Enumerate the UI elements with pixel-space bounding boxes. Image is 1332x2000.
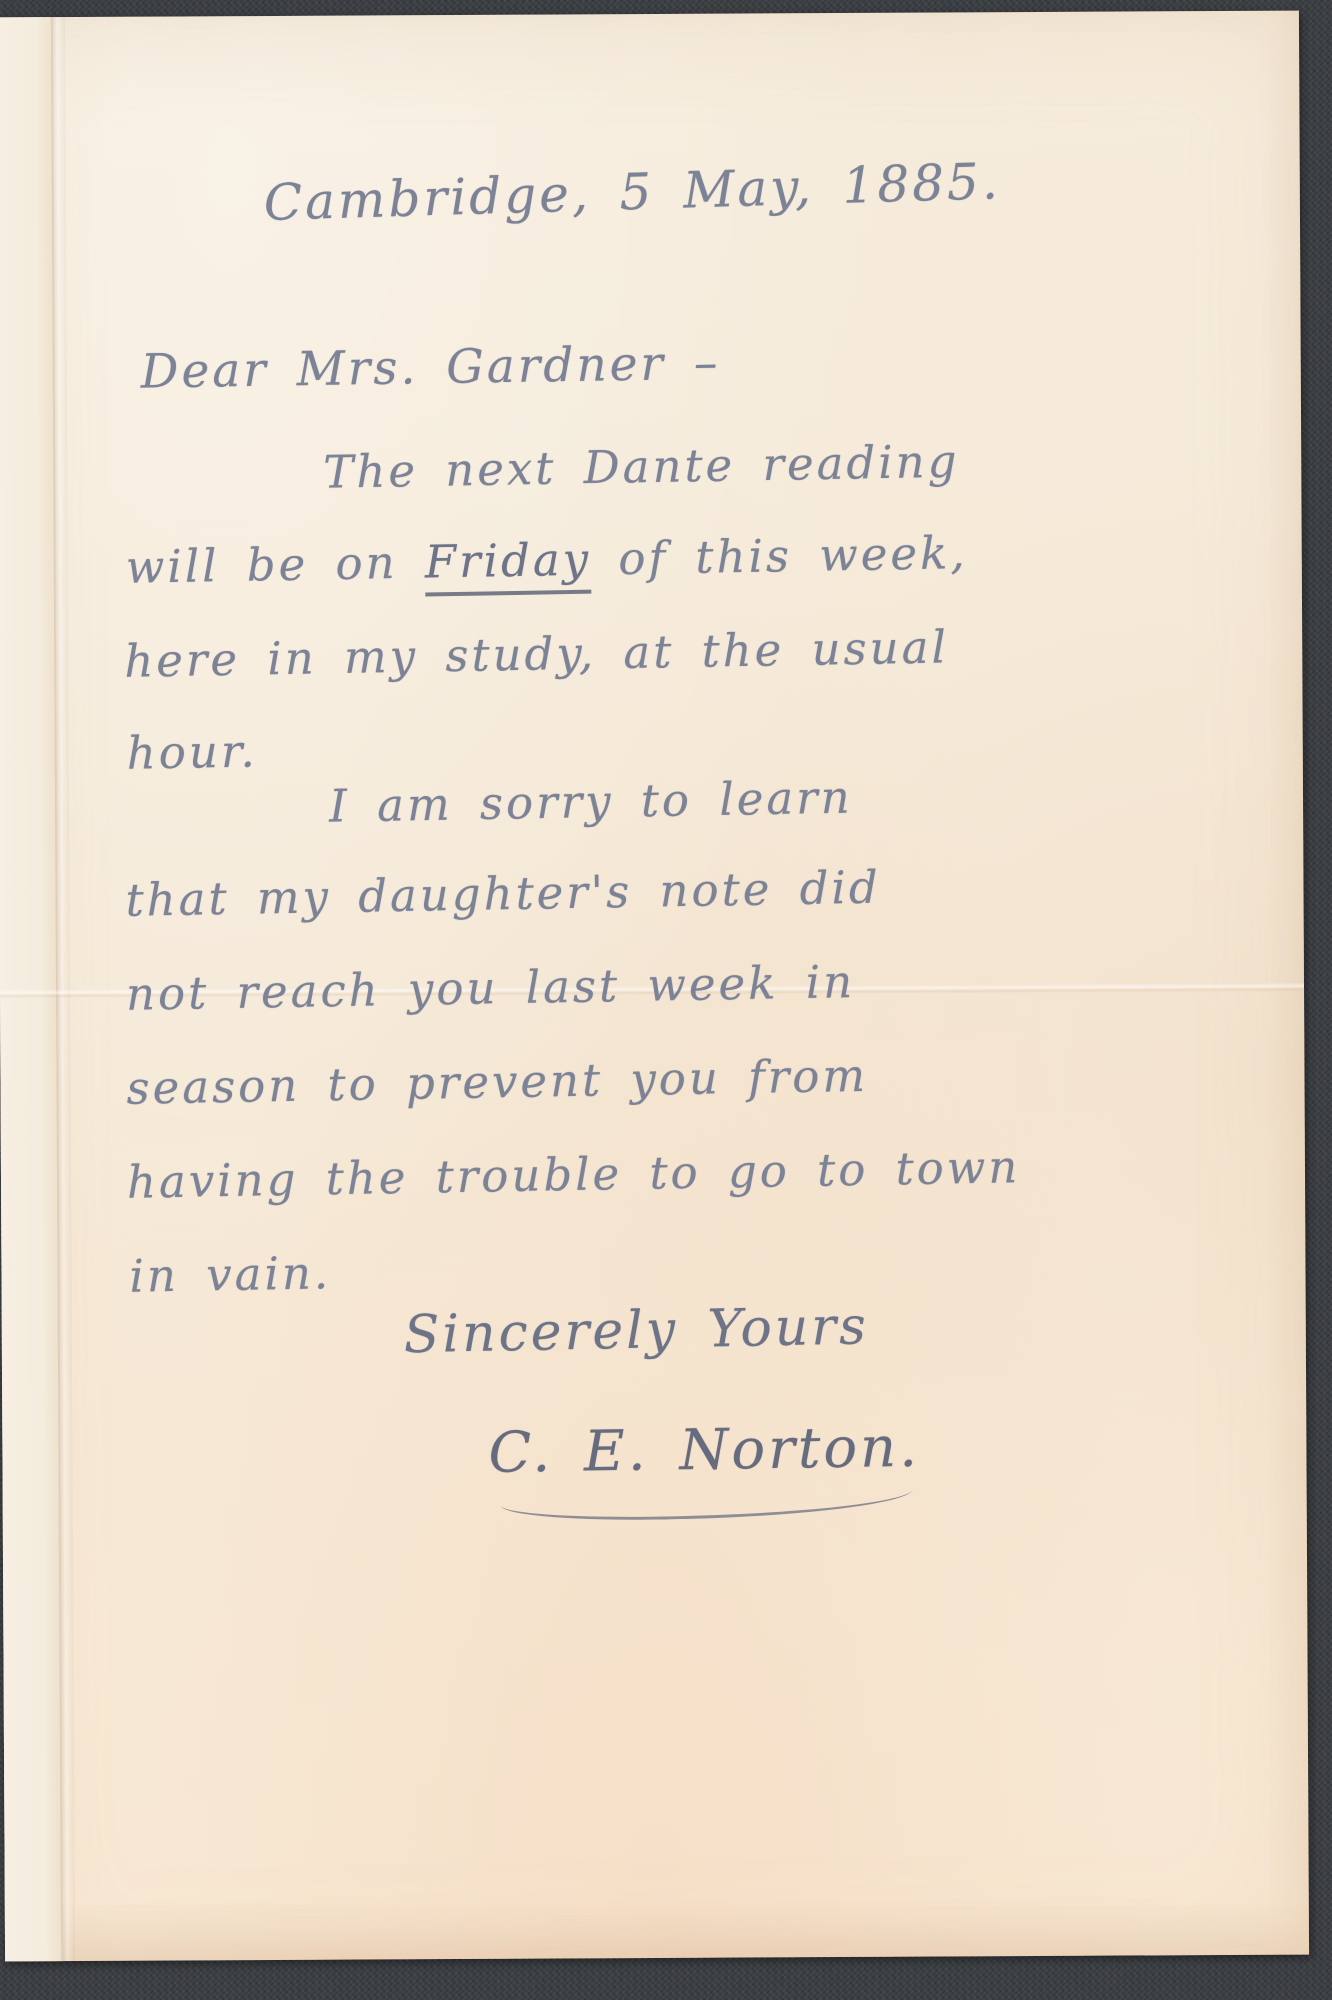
body-line-6: that my daughter's note did — [125, 861, 881, 927]
body-line-2-prefix: will be on — [125, 536, 425, 594]
body-line-2: will be on Friday of this week, — [125, 526, 968, 594]
underlined-word-friday: Friday — [424, 533, 591, 597]
body-line-8: season to prevent you from — [126, 1049, 868, 1115]
photo-background: Cambridge, 5 May, 1885. Dear Mrs. Gardne… — [0, 0, 1332, 2000]
dateline: Cambridge, 5 May, 1885. — [263, 152, 1001, 232]
body-line-4: hour. — [126, 724, 258, 779]
body-line-1: The next Dante reading — [323, 435, 960, 499]
body-line-7: not reach you last week in — [126, 955, 856, 1021]
signature-underline-flourish — [500, 1472, 913, 1523]
closing: Sincerely Yours — [403, 1296, 869, 1365]
body-line-9: having the trouble to go to town — [127, 1140, 1021, 1209]
body-line-2-suffix: of this week, — [591, 526, 968, 586]
body-line-10: in vain. — [129, 1246, 332, 1303]
body-line-5: I am sorry to learn — [329, 771, 854, 833]
letter-page: Cambridge, 5 May, 1885. Dear Mrs. Gardne… — [0, 11, 1309, 1962]
body-line-3: here in my study, at the usual — [124, 620, 949, 687]
salutation: Dear Mrs. Gardner – — [140, 336, 720, 400]
